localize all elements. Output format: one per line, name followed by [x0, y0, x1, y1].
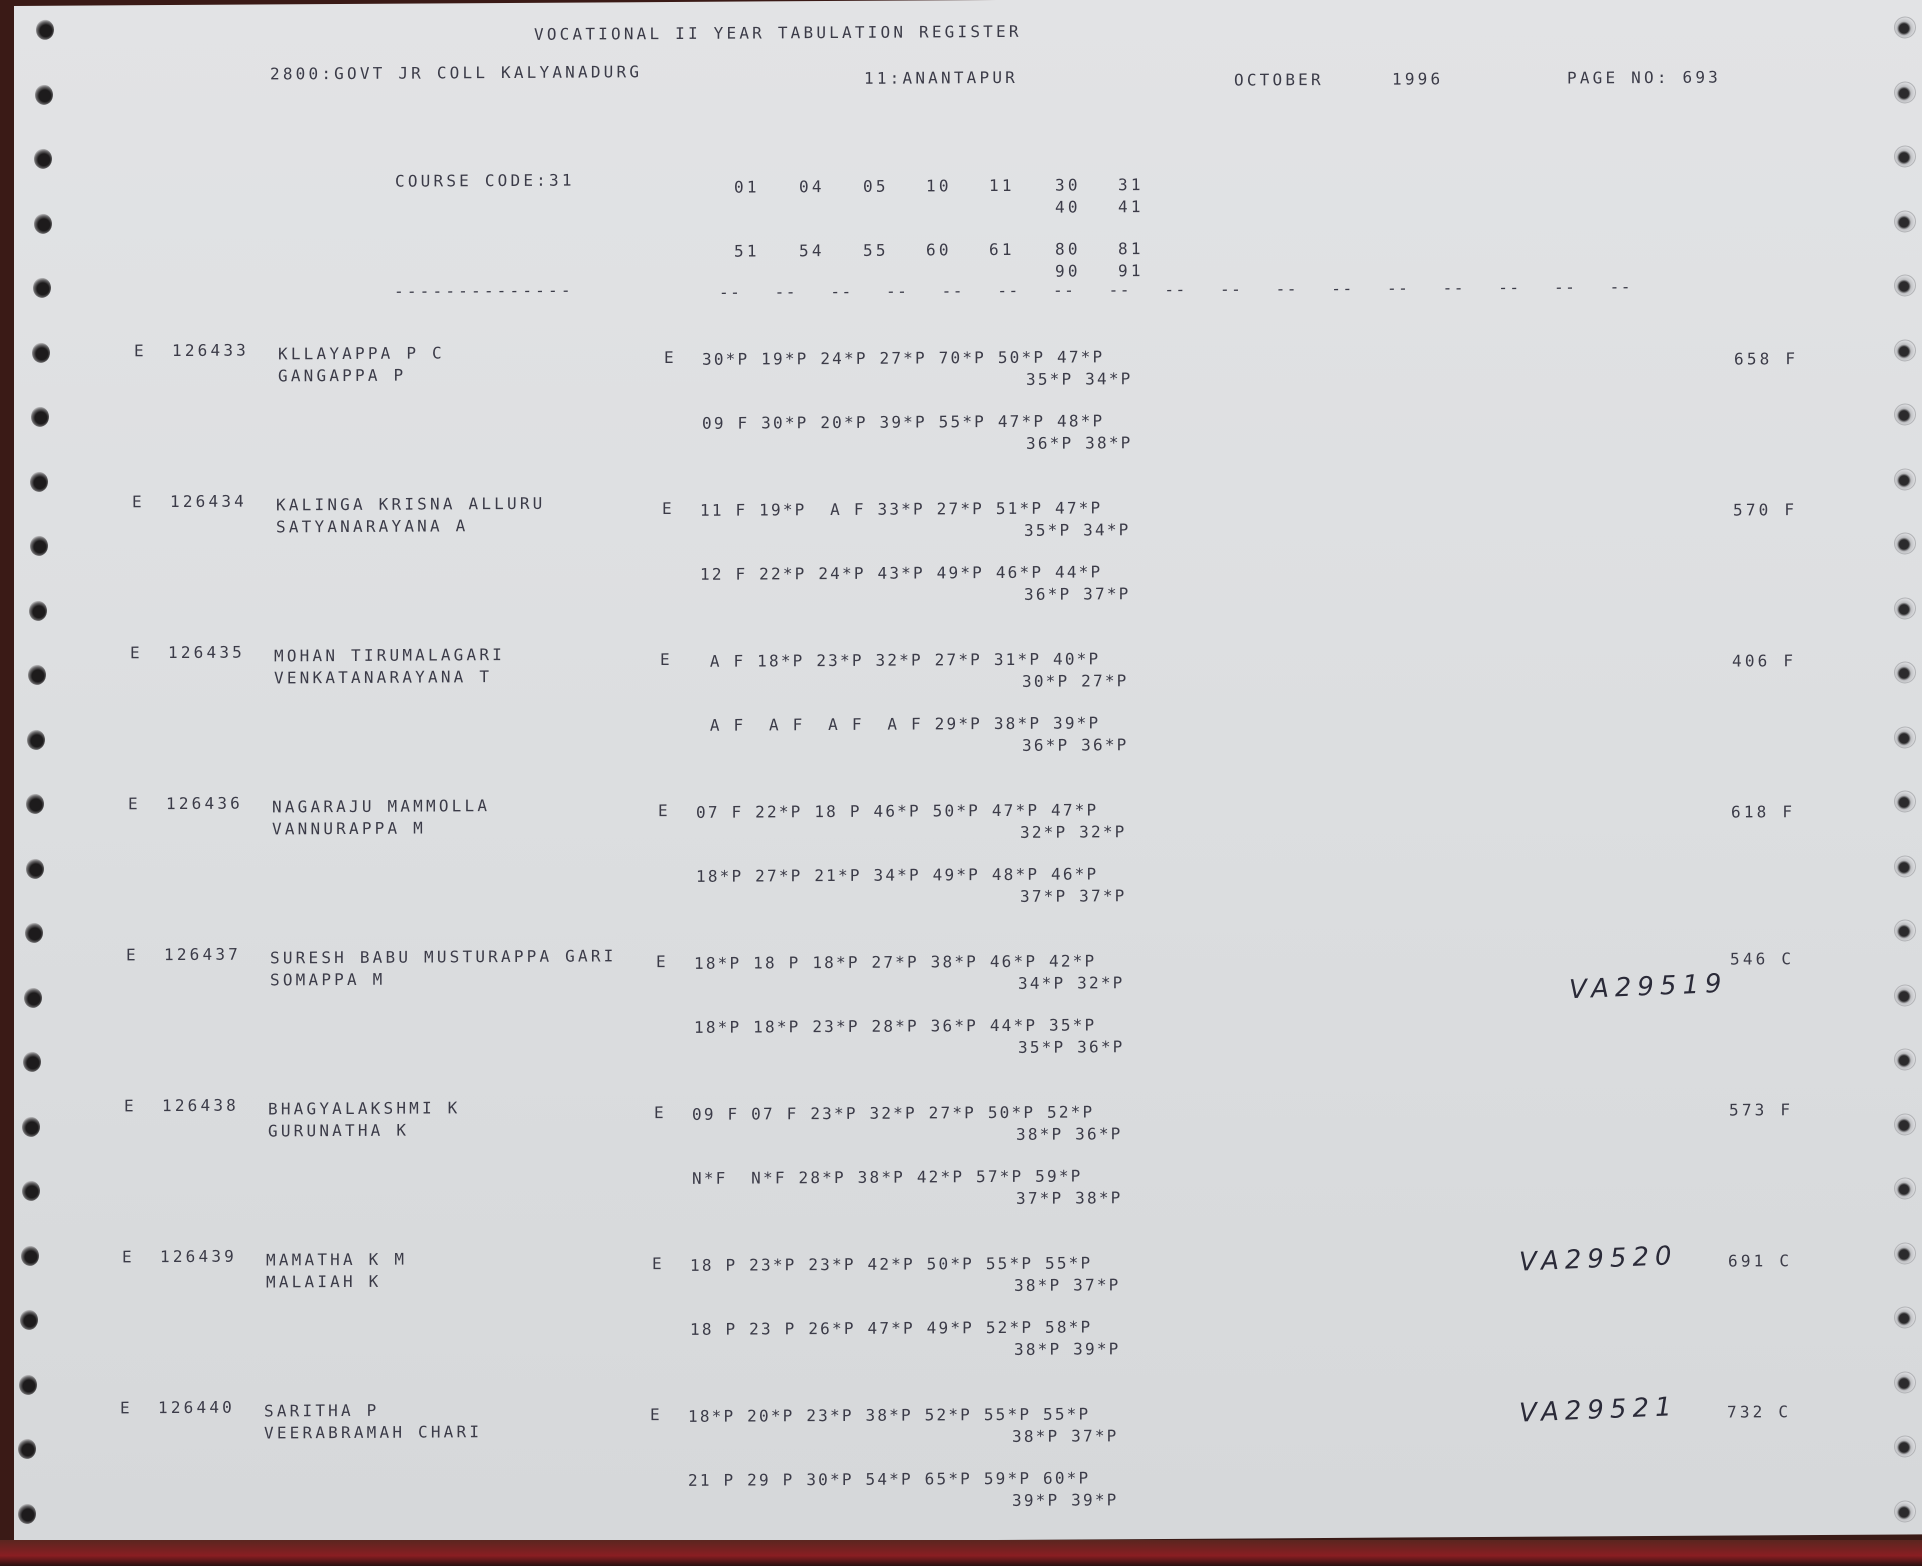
first-year-extra-marks: 34*P 32*P — [1018, 975, 1125, 992]
second-year-marks: 18*P 27*P 21*P 34*P 49*P 48*P 46*P — [696, 866, 1098, 884]
exam-flag: E — [650, 1407, 662, 1423]
feed-hole — [34, 149, 52, 169]
first-year-extra-marks: 35*P 34*P — [1024, 522, 1131, 539]
exam-flag: E — [662, 501, 674, 517]
first-year-extra-marks: 30*P 27*P — [1022, 673, 1129, 690]
feed-hole — [1894, 468, 1916, 490]
total-result: 406 F — [1732, 653, 1796, 669]
course-code: COURSE CODE:31 — [395, 173, 575, 190]
feed-hole — [1894, 984, 1916, 1006]
second-year-marks: A F A F A F A F 29*P 38*P 39*P — [698, 715, 1100, 733]
subject-code: 91 — [1118, 263, 1144, 279]
feed-hole — [1894, 16, 1916, 38]
feed-hole — [1894, 1242, 1916, 1264]
student-record: E126439MAMATHA K MMALAIAH KE18 P 23*P 23… — [14, 0, 1922, 6]
subject-code: 11 — [989, 178, 1015, 194]
first-year-extra-marks: 38*P 36*P — [1016, 1126, 1123, 1143]
feed-hole — [1894, 919, 1916, 941]
subject-code: 10 — [926, 178, 952, 194]
subject-code: 60 — [926, 242, 952, 258]
father-name: SATYANARAYANA A — [276, 518, 469, 535]
marks-block: E18*P 18 P 18*P 27*P 38*P 46*P 42*P34*P … — [14, 0, 1922, 6]
medium-code: E — [130, 645, 143, 661]
medium-code: E — [122, 1249, 135, 1265]
student-name: MAMATHA K M — [266, 1252, 407, 1269]
second-year-marks: 18*P 18*P 23*P 28*P 36*P 44*P 35*P — [694, 1017, 1096, 1035]
second-year-extra-marks: 37*P 37*P — [1020, 888, 1127, 905]
student-record: E126435MOHAN TIRUMALAGARIVENKATANARAYANA… — [14, 0, 1922, 6]
second-year-extra-marks: 39*P 39*P — [1012, 1492, 1119, 1509]
feed-hole — [1894, 1500, 1916, 1522]
tractor-feed-holes — [14, 0, 1922, 6]
feed-hole — [1894, 1306, 1916, 1328]
total-result: 573 F — [1729, 1102, 1793, 1118]
feed-hole — [28, 665, 46, 685]
exam-flag: E — [660, 652, 672, 668]
father-name: MALAIAH K — [266, 1274, 382, 1291]
feed-hole — [1894, 532, 1916, 554]
feed-hole — [1894, 81, 1916, 103]
feed-hole — [1894, 1177, 1916, 1199]
total-result: 546 C — [1730, 951, 1794, 967]
feed-hole — [36, 20, 54, 40]
roll-number: 126435 — [168, 645, 245, 661]
feed-hole — [1894, 855, 1916, 877]
feed-hole — [35, 84, 53, 104]
student-name: KLLAYAPPA P C — [278, 345, 445, 362]
first-year-marks: 30*P 19*P 24*P 27*P 70*P 50*P 47*P — [702, 349, 1104, 367]
subject-code: 51 — [734, 243, 760, 259]
medium-code: E — [128, 796, 141, 812]
marks-block: E11 F 19*P A F 33*P 27*P 51*P 47*P35*P 3… — [14, 0, 1922, 6]
first-year-marks: 18*P 18 P 18*P 27*P 38*P 46*P 42*P — [694, 953, 1096, 971]
feed-hole — [29, 600, 47, 620]
medium-code: E — [126, 947, 139, 963]
subject-code: 54 — [799, 243, 825, 259]
subject-code: 90 — [1055, 263, 1081, 279]
father-name: GURUNATHA K — [268, 1123, 409, 1140]
father-name: VANNURAPPA M — [272, 820, 426, 837]
first-year-extra-marks: 35*P 34*P — [1026, 371, 1133, 388]
first-year-extra-marks: 38*P 37*P — [1014, 1277, 1121, 1294]
roll-number: 126434 — [170, 494, 247, 510]
student-name: MOHAN TIRUMALAGARI — [274, 647, 505, 664]
second-year-marks: 21 P 29 P 30*P 54*P 65*P 59*P 60*P — [688, 1470, 1090, 1488]
second-year-extra-marks: 35*P 36*P — [1018, 1039, 1125, 1056]
feed-hole — [34, 213, 52, 233]
marks-block: E18*P 20*P 23*P 38*P 52*P 55*P 55*P38*P … — [14, 0, 1922, 6]
feed-hole — [1894, 661, 1916, 683]
second-year-marks: 09 F 30*P 20*P 39*P 55*P 47*P 48*P — [702, 413, 1104, 431]
total-result: 691 C — [1728, 1253, 1792, 1269]
feed-hole — [18, 1439, 36, 1459]
student-record: E126434KALINGA KRISNA ALLURUSATYANARAYAN… — [14, 0, 1922, 6]
handwritten-note: VA29519 — [1569, 969, 1728, 1005]
feed-hole — [26, 794, 44, 814]
feed-hole — [1894, 726, 1916, 748]
feed-hole — [22, 1116, 40, 1136]
second-year-marks: N*F N*F 28*P 38*P 42*P 57*P 59*P — [692, 1168, 1082, 1186]
total-result: 570 F — [1733, 502, 1797, 518]
feed-hole — [30, 471, 48, 491]
second-year-extra-marks: 36*P 36*P — [1022, 737, 1129, 754]
roll-number: 126438 — [162, 1098, 239, 1114]
feed-hole — [19, 1374, 37, 1394]
exam-month: OCTOBER — [1234, 72, 1324, 89]
column-dashes: -- -- -- -- -- -- -- -- -- -- -- -- -- -… — [719, 279, 1632, 301]
subject-code: 81 — [1118, 241, 1144, 257]
medium-code: E — [124, 1098, 137, 1114]
subject-code: 80 — [1055, 241, 1081, 257]
second-year-marks: 18 P 23 P 26*P 47*P 49*P 52*P 58*P — [690, 1319, 1092, 1337]
feed-hole — [1894, 403, 1916, 425]
feed-hole — [18, 1503, 36, 1523]
student-records: E126433KLLAYAPPA P CGANGAPPA PE30*P 19*P… — [14, 0, 1922, 6]
first-year-marks: A F 18*P 23*P 32*P 27*P 31*P 40*P — [698, 651, 1100, 669]
father-name: SOMAPPA M — [270, 972, 386, 989]
student-record: E126440SARITHA PVEERABRAMAH CHARIE18*P 2… — [14, 0, 1922, 6]
feed-hole — [1894, 1113, 1916, 1135]
second-year-extra-marks: 36*P 38*P — [1026, 435, 1133, 452]
feed-hole — [25, 923, 43, 943]
feed-hole — [24, 987, 42, 1007]
register-title: VOCATIONAL II YEAR TABULATION REGISTER — [534, 24, 1022, 43]
handwritten-note: VA29521 — [1519, 1392, 1678, 1428]
exam-flag: E — [652, 1256, 664, 1272]
first-year-marks: 11 F 19*P A F 33*P 27*P 51*P 47*P — [700, 500, 1102, 518]
subject-code: 05 — [863, 179, 889, 195]
subject-code: 41 — [1118, 199, 1144, 215]
subject-code: 55 — [863, 243, 889, 259]
marks-block: E A F 18*P 23*P 32*P 27*P 31*P 40*P30*P … — [14, 0, 1922, 6]
feed-hole — [1894, 274, 1916, 296]
second-year-extra-marks: 38*P 39*P — [1014, 1341, 1121, 1358]
roll-number: 126436 — [166, 796, 243, 812]
second-year-extra-marks: 36*P 37*P — [1024, 586, 1131, 603]
college-name: 2800:GOVT JR COLL KALYANADURG — [270, 64, 642, 82]
feed-hole — [31, 407, 49, 427]
medium-code: E — [120, 1400, 133, 1416]
total-result: 732 C — [1727, 1404, 1791, 1420]
second-year-marks: 12 F 22*P 24*P 43*P 49*P 46*P 44*P — [700, 564, 1102, 582]
exam-year: 1996 — [1392, 71, 1443, 87]
father-name: VENKATANARAYANA T — [274, 669, 492, 686]
total-result: 618 F — [1731, 804, 1795, 820]
first-year-marks: 09 F 07 F 23*P 32*P 27*P 50*P 52*P — [692, 1104, 1094, 1122]
feed-hole — [1894, 339, 1916, 361]
father-name: GANGAPPA P — [278, 368, 406, 385]
first-year-extra-marks: 38*P 37*P — [1012, 1428, 1119, 1445]
feed-hole — [1894, 1435, 1916, 1457]
feed-hole — [22, 1181, 40, 1201]
marks-block: E09 F 07 F 23*P 32*P 27*P 50*P 52*P38*P … — [14, 0, 1922, 6]
student-name: SURESH BABU MUSTURAPPA GARI — [270, 948, 617, 966]
feed-hole — [1894, 1371, 1916, 1393]
subject-code: 40 — [1055, 199, 1081, 215]
course-underline: -------------- — [394, 283, 574, 300]
tabulation-register-sheet: VOCATIONAL II YEAR TABULATION REGISTER 2… — [14, 0, 1922, 1546]
exam-flag: E — [664, 350, 676, 366]
district-name: 11:ANANTAPUR — [864, 70, 1018, 87]
medium-code: E — [132, 494, 145, 510]
subject-code: 04 — [799, 179, 825, 195]
student-name: KALINGA KRISNA ALLURU — [276, 496, 546, 514]
feed-hole — [33, 278, 51, 298]
medium-code: E — [134, 343, 147, 359]
marks-block: E07 F 22*P 18 P 46*P 50*P 47*P 47*P32*P … — [14, 0, 1922, 6]
feed-hole — [1894, 1048, 1916, 1070]
feed-hole — [1894, 210, 1916, 232]
feed-hole — [32, 342, 50, 362]
feed-hole — [1894, 145, 1916, 167]
student-name: BHAGYALAKSHMI K — [268, 1100, 461, 1117]
second-year-extra-marks: 37*P 38*P — [1016, 1190, 1123, 1207]
student-name: SARITHA P — [264, 1403, 380, 1420]
first-year-extra-marks: 32*P 32*P — [1020, 824, 1127, 841]
student-record: E126436NAGARAJU MAMMOLLAVANNURAPPA ME07 … — [14, 0, 1922, 6]
first-year-marks: 18*P 20*P 23*P 38*P 52*P 55*P 55*P — [688, 1406, 1090, 1424]
feed-hole — [1894, 597, 1916, 619]
total-result: 658 F — [1734, 351, 1798, 367]
student-record: E126433KLLAYAPPA P CGANGAPPA PE30*P 19*P… — [14, 0, 1922, 6]
subject-code: 30 — [1055, 177, 1081, 193]
subject-code: 61 — [989, 242, 1015, 258]
roll-number: 126433 — [172, 343, 249, 359]
page-number: PAGE NO: 693 — [1567, 70, 1721, 87]
student-name: NAGARAJU MAMMOLLA — [272, 798, 490, 815]
feed-hole — [1894, 790, 1916, 812]
first-year-marks: 18 P 23*P 23*P 42*P 50*P 55*P 55*P — [690, 1255, 1092, 1273]
roll-number: 126439 — [160, 1249, 237, 1265]
exam-flag: E — [654, 1105, 666, 1121]
feed-hole — [30, 536, 48, 556]
roll-number: 126437 — [164, 947, 241, 963]
marks-block: E30*P 19*P 24*P 27*P 70*P 50*P 47*P35*P … — [14, 0, 1922, 6]
desk-background — [0, 1540, 1922, 1566]
subject-code-header: 010405101130314041515455606180819091 — [14, 0, 1922, 6]
feed-hole — [26, 858, 44, 878]
student-record: E126437SURESH BABU MUSTURAPPA GARISOMAPP… — [14, 0, 1922, 6]
student-record: E126438BHAGYALAKSHMI KGURUNATHA KE09 F 0… — [14, 0, 1922, 6]
feed-hole — [23, 1052, 41, 1072]
first-year-marks: 07 F 22*P 18 P 46*P 50*P 47*P 47*P — [696, 802, 1098, 820]
feed-hole — [20, 1310, 38, 1330]
subject-code: 31 — [1118, 177, 1144, 193]
feed-hole — [21, 1245, 39, 1265]
father-name: VEERABRAMAH CHARI — [264, 1424, 482, 1441]
exam-flag: E — [658, 803, 670, 819]
feed-hole — [27, 729, 45, 749]
exam-flag: E — [656, 954, 668, 970]
subject-code: 01 — [734, 179, 760, 195]
handwritten-note: VA29520 — [1519, 1241, 1678, 1277]
marks-block: E18 P 23*P 23*P 42*P 50*P 55*P 55*P38*P … — [14, 0, 1922, 6]
roll-number: 126440 — [158, 1400, 235, 1416]
